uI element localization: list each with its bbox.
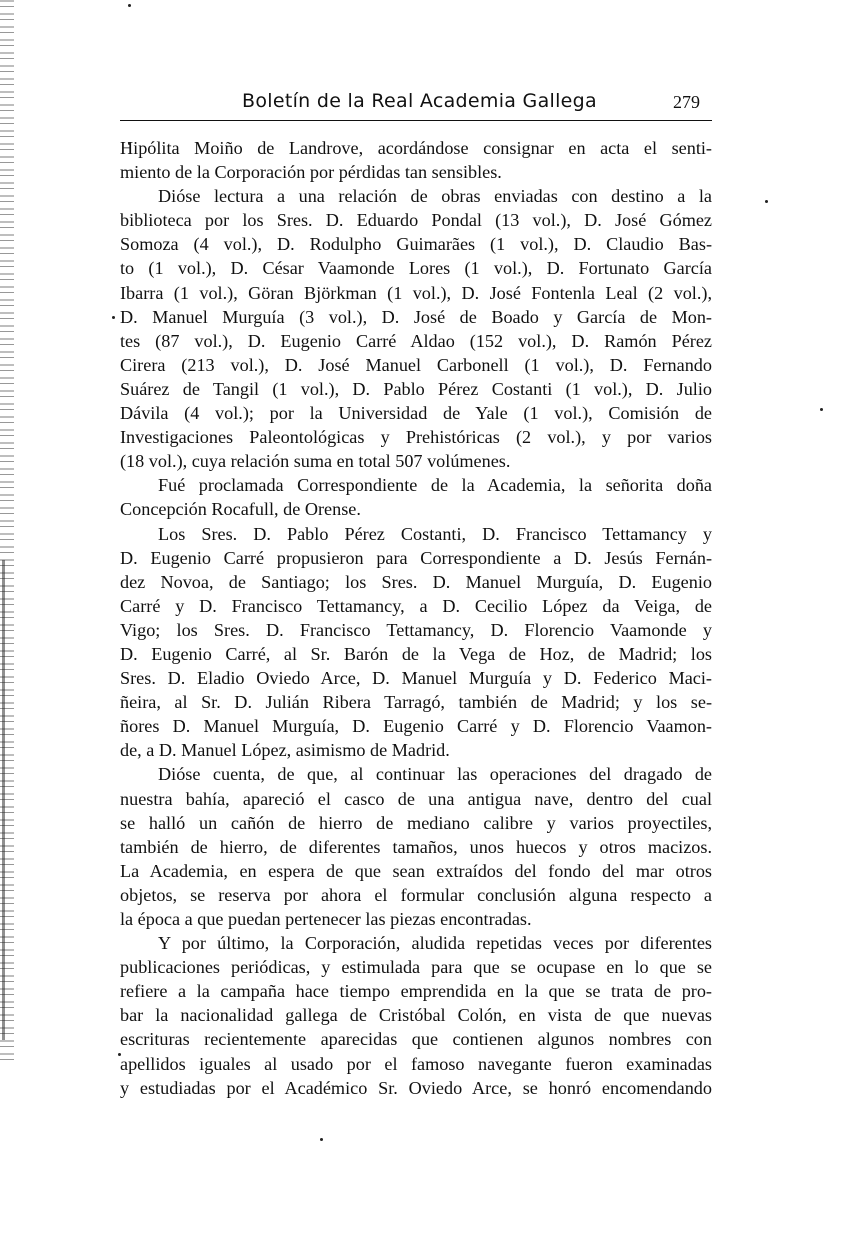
text-line: Los Sres. D. Pablo Pérez Costanti, D. Fr…: [120, 522, 712, 546]
text-line: biblioteca por los Sres. D. Eduardo Pond…: [120, 208, 712, 232]
text-line: Cirera (213 vol.), D. José Manuel Carbon…: [120, 353, 712, 377]
text-line: apellidos iguales al usado por el famoso…: [120, 1052, 712, 1076]
speck: [820, 408, 823, 411]
text-line: Vigo; los Sres. D. Francisco Tettamancy,…: [120, 618, 712, 642]
text-line: Sres. D. Eladio Oviedo Arce, D. Manuel M…: [120, 666, 712, 690]
paragraph: Hipólita Moiño de Landrove, acordándose …: [120, 136, 712, 184]
text-line: nuestra bahía, apareció el casco de una …: [120, 787, 712, 811]
running-title: Boletín de la Real Academia Gallega: [242, 90, 597, 112]
text-line: publicaciones periódicas, y estimulada p…: [120, 955, 712, 979]
text-line: Dávila (4 vol.); por la Universidad de Y…: [120, 401, 712, 425]
text-line: D. Eugenio Carré propusieron para Corres…: [120, 546, 712, 570]
speck: [128, 142, 131, 145]
text-line: Suárez de Tangil (1 vol.), D. Pablo Pére…: [120, 377, 712, 401]
text-line: Dióse lectura a una relación de obras en…: [120, 184, 712, 208]
speck: [765, 200, 768, 203]
text-line: ñeira, al Sr. D. Julián Ribera Tarragó, …: [120, 690, 712, 714]
text-line: D. Manuel Murguía (3 vol.), D. José de B…: [120, 305, 712, 329]
speck: [112, 316, 115, 319]
text-line: escrituras recientemente aparecidas que …: [120, 1027, 712, 1051]
paragraph: Y por último, la Corporación, aludida re…: [120, 931, 712, 1100]
text-line: Carré y D. Francisco Tettamancy, a D. Ce…: [120, 594, 712, 618]
text-line: bar la nacionalidad gallega de Cristóbal…: [120, 1003, 712, 1027]
text-line: Somoza (4 vol.), D. Rodulpho Guimarães (…: [120, 232, 712, 256]
text-line: refiere a la campaña hace tiempo emprend…: [120, 979, 712, 1003]
text-line: (18 vol.), cuya relación suma en total 5…: [120, 449, 712, 473]
page-number: 279: [673, 92, 700, 113]
text-line: la época a que puedan pertenecer las pie…: [120, 907, 712, 931]
text-line: Ibarra (1 vol.), Göran Björkman (1 vol.)…: [120, 281, 712, 305]
text-line: Investigaciones Paleontológicas y Prehis…: [120, 425, 712, 449]
text-line: D. Eugenio Carré, al Sr. Barón de la Veg…: [120, 642, 712, 666]
text-line: dez Novoa, de Santiago; los Sres. D. Man…: [120, 570, 712, 594]
paragraph: Dióse lectura a una relación de obras en…: [120, 184, 712, 473]
speck: [320, 1138, 323, 1141]
text-line: Y por último, la Corporación, aludida re…: [120, 931, 712, 955]
text-line: miento de la Corporación por pérdidas ta…: [120, 160, 712, 184]
text-line: Dióse cuenta, de que, al continuar las o…: [120, 762, 712, 786]
text-line: y estudiadas por el Académico Sr. Oviedo…: [120, 1076, 712, 1100]
text-line: La Academia, en espera de que sean extra…: [120, 859, 712, 883]
text-line: se halló un cañón de hierro de mediano c…: [120, 811, 712, 835]
text-line: objetos, se reserva por ahora el formula…: [120, 883, 712, 907]
paragraph: Fué proclamada Correspondiente de la Aca…: [120, 473, 712, 521]
text-line: Fué proclamada Correspondiente de la Aca…: [120, 473, 712, 497]
running-header: Boletín de la Real Academia Gallega 279: [120, 86, 712, 121]
body-text: Hipólita Moiño de Landrove, acordándose …: [120, 136, 712, 1100]
paragraph: Los Sres. D. Pablo Pérez Costanti, D. Fr…: [120, 522, 712, 763]
text-line: ñores D. Manuel Murguía, D. Eugenio Carr…: [120, 714, 712, 738]
text-line: Hipólita Moiño de Landrove, acordándose …: [120, 136, 712, 160]
text-line: tes (87 vol.), D. Eugenio Carré Aldao (1…: [120, 329, 712, 353]
text-line: también de hierro, de diferentes tamaños…: [120, 835, 712, 859]
speck: [118, 1053, 121, 1056]
text-line: Concepción Rocafull, de Orense.: [120, 497, 712, 521]
text-line: to (1 vol.), D. César Vaamonde Lores (1 …: [120, 256, 712, 280]
text-line: de, a D. Manuel López, asimismo de Madri…: [120, 738, 712, 762]
scan-edge-shadow: [2, 560, 5, 1040]
speck: [128, 4, 131, 7]
paragraph: Dióse cuenta, de que, al continuar las o…: [120, 762, 712, 931]
